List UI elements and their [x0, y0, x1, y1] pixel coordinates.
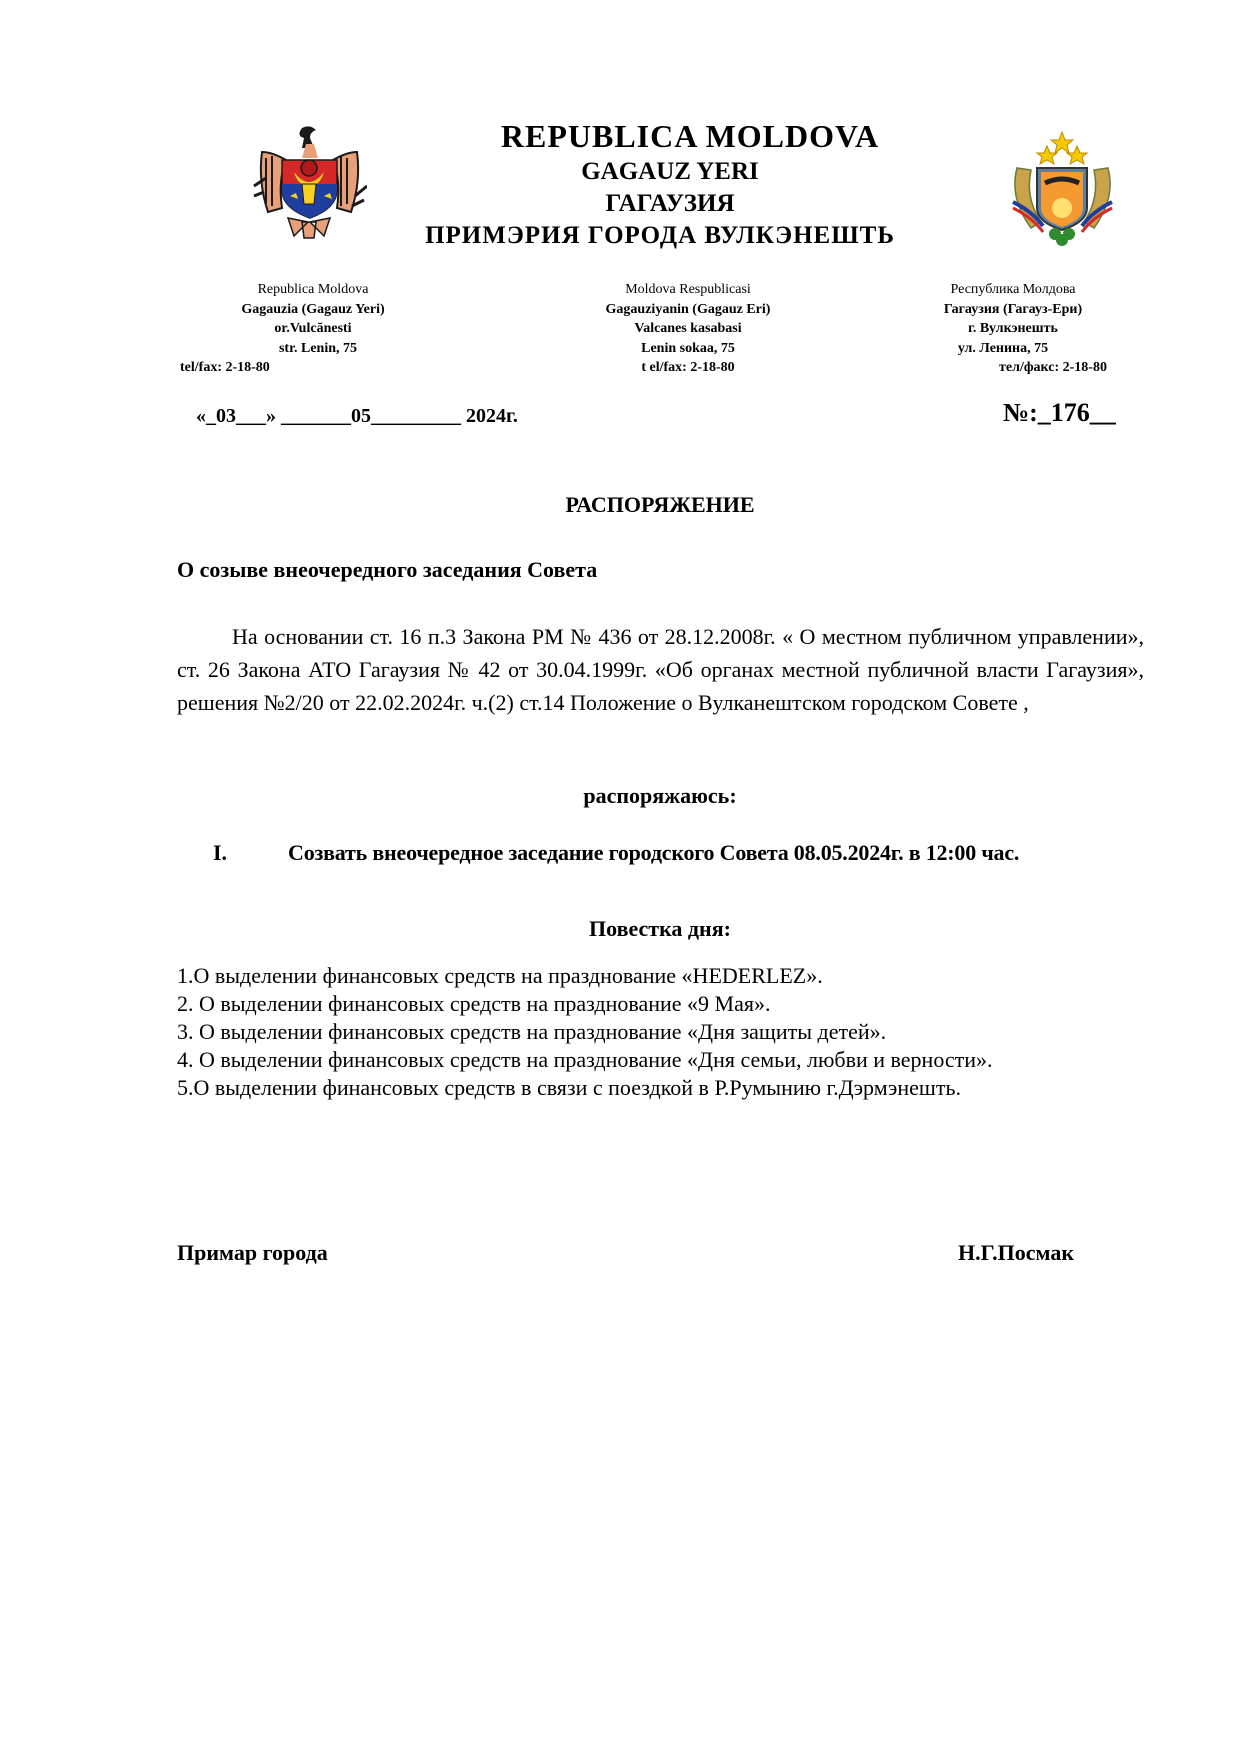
document-number: №:_176__ [1003, 398, 1116, 428]
agenda-list: 1.О выделении финансовых средств на праз… [177, 962, 993, 1102]
address-romanian: Republica Moldova Gagauzia (Gagauz Yeri)… [196, 280, 430, 378]
address-street: str. Lenin, 75 [196, 339, 430, 359]
address-region: Гагаузия (Гагауз-Ери) [918, 300, 1108, 320]
document-subject: О созыве внеочередного заседания Совета [177, 557, 597, 583]
address-region: Gagauziyanin (Gagauz Eri) [578, 300, 798, 320]
header-country: REPUBLICA MOLDOVA [460, 118, 920, 155]
address-city: Valcanes kasabasi [578, 319, 798, 339]
agenda-item: 4. О выделении финансовых средств на пра… [177, 1046, 993, 1074]
address-street: ул. Ленина, 75 [898, 339, 1108, 359]
document-title: РАСПОРЯЖЕНИЕ [0, 492, 1240, 518]
moldova-coat-of-arms-icon [252, 122, 367, 242]
address-phone: t el/fax: 2-18-80 [578, 358, 798, 378]
address-russian: Республика Молдова Гагаузия (Гагауз-Ери)… [918, 280, 1108, 378]
address-phone: тел/факс: 2-18-80 [998, 358, 1108, 378]
preamble-paragraph: На основании ст. 16 п.3 Закона РМ № 436 … [177, 620, 1144, 719]
address-gagauz: Moldova Respublicasi Gagauziyanin (Gagau… [578, 280, 798, 378]
address-street: Lenin sokaa, 75 [578, 339, 798, 359]
agenda-item: 3. О выделении финансовых средств на пра… [177, 1018, 993, 1046]
agenda-item: 2. О выделении финансовых средств на пра… [177, 990, 993, 1018]
address-city: г. Вулкэнешть [918, 319, 1108, 339]
address-country: Moldova Respublicasi [578, 280, 798, 300]
gagauzia-coat-of-arms-icon [1005, 128, 1120, 248]
decree-word: распоряжаюсь: [0, 783, 1240, 809]
signature-role: Примар города [177, 1240, 328, 1266]
agenda-item: 1.О выделении финансовых средств на праз… [177, 962, 993, 990]
address-region: Gagauzia (Gagauz Yeri) [196, 300, 430, 320]
address-country: Республика Молдова [918, 280, 1108, 300]
decree-item-text: Созвать внеочередное заседание городског… [288, 840, 1019, 866]
preamble-text: На основании ст. 16 п.3 Закона РМ № 436 … [177, 620, 1144, 719]
header-region-gagauz: GAGAUZ YERI [500, 158, 840, 186]
address-city: or.Vulcănesti [196, 319, 430, 339]
address-phone: tel/fax: 2-18-80 [180, 358, 430, 378]
document-date: «_03___» _______05_________ 2024г. [196, 405, 518, 428]
agenda-title: Повестка дня: [0, 916, 1240, 942]
header-institution: ПРИМЭРИЯ ГОРОДА ВУЛКЭНЕШТЬ [360, 222, 960, 250]
header-region-russian: ГАГАУЗИЯ [500, 190, 840, 218]
agenda-item: 5.О выделении финансовых средств в связи… [177, 1074, 993, 1102]
address-country: Republica Moldova [196, 280, 430, 300]
signature-name: Н.Г.Посмак [958, 1240, 1074, 1266]
decree-item-number: I. [213, 840, 227, 866]
